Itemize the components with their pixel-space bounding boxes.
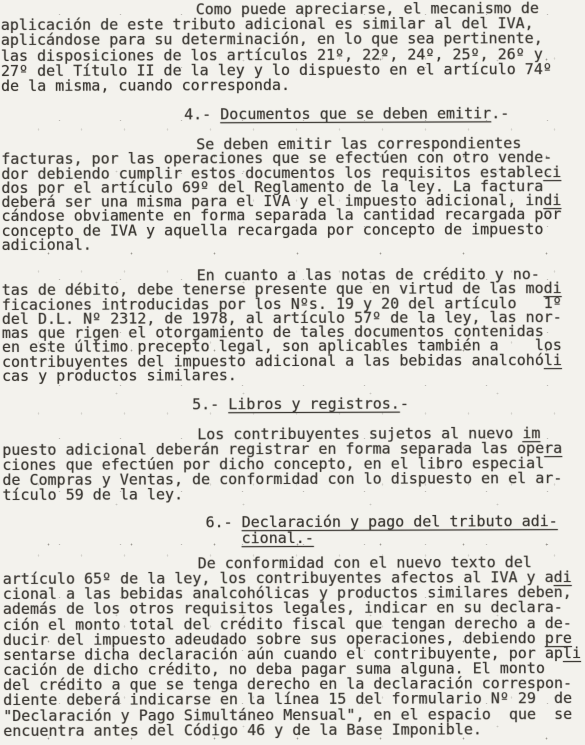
paragraph-notas-credito-debito: En cuanto a las notas de crédito y no-ta… [2,267,562,383]
section-heading-5: 5.- Libros y registros.- [192,397,409,413]
text-line: cional.- [206,530,558,547]
text-line: encuentra antes del Código 46 y de la Ba… [3,722,581,739]
text-line: tículo 59 de la ley. [2,486,562,503]
section-heading-4: 4.- Documentos que se deben emitir.- [184,106,509,122]
text-line: 5.- Libros y registros.- [192,397,409,413]
text-line: de la misma, cuando corresponda. [1,77,552,94]
section-heading-6: 6.- Declaración y pago del tributo adi-c… [205,514,557,546]
paragraph-declaracion-pago: De conformidad con el nuevo texto delart… [3,555,582,739]
paragraph-libros: Los contribuyentes sujetos al nuevo impu… [2,426,562,503]
scanned-document-page: Como puede apreciarse, el mecanismo deap… [0,0,585,745]
document-content: Como puede apreciarse, el mecanismo deap… [0,0,585,745]
paragraph-facturas: Se deben emitir las correspondientesfact… [1,136,561,252]
intro-paragraph: Como puede apreciarse, el mecanismo deap… [1,1,552,94]
text-line: 4.- Documentos que se deben emitir.- [184,106,509,122]
